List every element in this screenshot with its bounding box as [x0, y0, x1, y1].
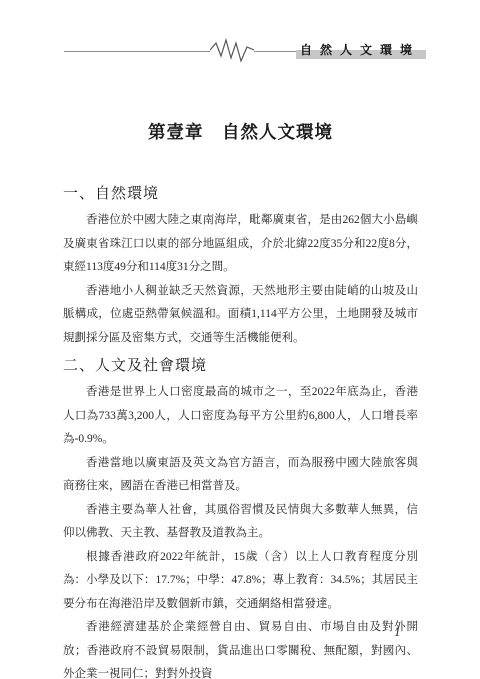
section-heading-natural-environment: 一、自然環境 — [63, 184, 418, 204]
running-header-text: 自然人文環境 — [300, 43, 420, 57]
page-content: 第壹章 自然人文環境 一、自然環境 香港位於中國大陸之東南海岸，毗鄰廣東省，是由… — [63, 0, 418, 679]
paragraph: 香港經濟建基於企業經營自由、貿易自由、市場自由及對外開放；香港政府不設貿易限制，… — [63, 616, 418, 679]
page-number: 1 — [394, 624, 401, 640]
paragraph: 香港位於中國大陸之東南海岸，毗鄰廣東省，是由262個大小島嶼及廣東省珠江口以東的… — [63, 209, 418, 280]
paragraph: 香港是世界上人口密度最高的城市之一，至2022年底為止，香港人口為733萬3,2… — [63, 381, 418, 452]
section-heading-human-social-environment: 二、人文及社會環境 — [63, 356, 418, 376]
chapter-title: 第壹章 自然人文環境 — [63, 120, 418, 144]
paragraph: 香港當地以廣東語及英文為官方語言，而為服務中國大陸旅客與商務往來，國語在香港已相… — [63, 452, 418, 499]
paragraph: 香港主要為華人社會，其風俗習慣及民情與大多數華人無異，信仰以佛教、天主教、基督教… — [63, 499, 418, 546]
paragraph: 香港地小人稠並缺乏天然資源，天然地形主要由陡峭的山坡及山脈構成，位處亞熱帶氣候溫… — [63, 280, 418, 351]
running-header-label: 自然人文環境 — [296, 44, 420, 58]
document-page: 自然人文環境 第壹章 自然人文環境 一、自然環境 香港位於中國大陸之東南海岸，毗… — [0, 0, 480, 679]
paragraph: 根據香港政府2022年統計，15歲（含）以上人口教育程度分別為：小學及以下：17… — [63, 546, 418, 617]
